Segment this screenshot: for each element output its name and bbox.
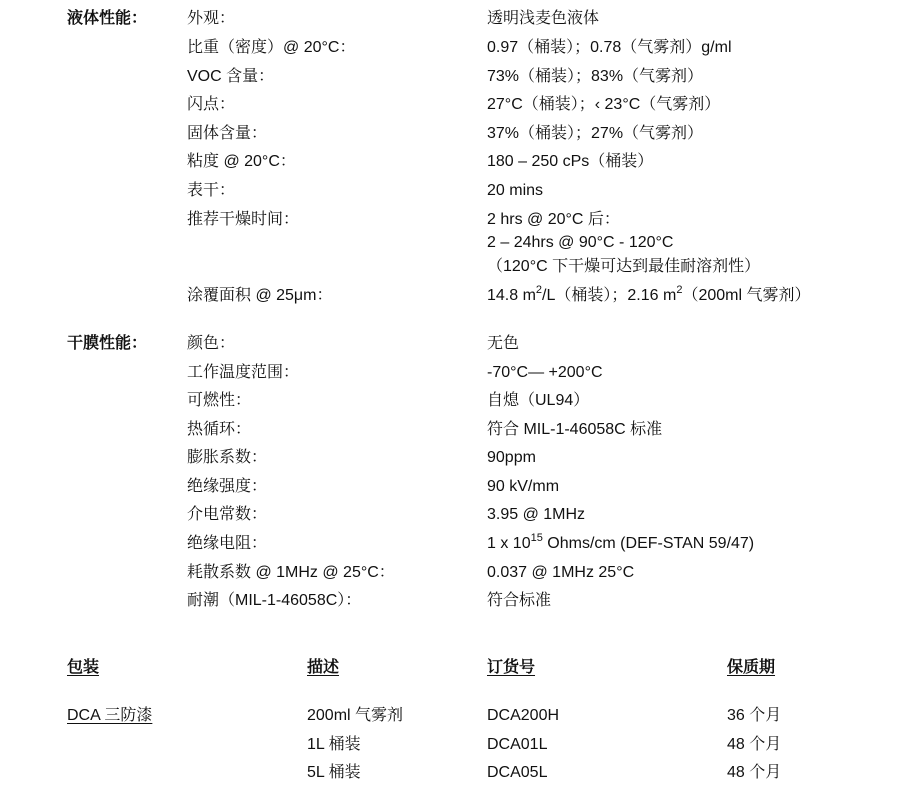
packaging-row-3-order-number: DCA05L [487, 763, 547, 783]
property-value-voc-content: 73%（桶装）；83%（气雾剂） [487, 67, 703, 87]
insulation-part-a: 1 x 10 [487, 535, 531, 552]
packaging-row-2-order-number: DCA01L [487, 735, 547, 755]
property-label-insulation-resistance: 绝缘电阻： [187, 534, 267, 554]
property-value-flammability: 自熄（UL94） [487, 391, 589, 411]
property-label-coverage: 涂覆面积 @ 25μm： [187, 286, 332, 306]
property-value-flash-point: 27°C（桶装）；‹ 23°C（气雾剂） [487, 95, 720, 115]
coverage-superscript-b: 2 [676, 284, 682, 296]
property-value-coverage: 14.8 m2/L（桶装）；2.16 m2（200ml 气雾剂） [487, 286, 810, 306]
insulation-part-b: Ohms/cm (DEF-STAN 59/47) [543, 535, 754, 552]
property-value-drying-time-line-1: 2 hrs @ 20°C 后： [487, 210, 620, 230]
coverage-part-a: 14.8 m [487, 287, 536, 304]
property-label-expansion-coefficient: 膨胀系数： [187, 448, 267, 468]
coverage-superscript-a: 2 [536, 284, 542, 296]
property-label-touch-dry: 表干： [187, 181, 235, 201]
property-label-dissipation-factor: 耗散系数 @ 1MHz @ 25°C： [187, 563, 395, 583]
property-value-dielectric-strength: 90 kV/mm [487, 477, 559, 497]
property-value-dissipation-factor: 0.037 @ 1MHz 25°C [487, 563, 634, 583]
property-value-expansion-coefficient: 90ppm [487, 448, 536, 468]
packaging-product-name: DCA 三防漆 [67, 706, 152, 726]
property-label-temperature-range: 工作温度范围： [187, 363, 299, 383]
section-label-dry-film-properties: 干膜性能： [67, 334, 147, 354]
property-label-specific-gravity: 比重（密度）@ 20°C： [187, 38, 355, 58]
property-label-recommended-drying-time: 推荐干燥时间： [187, 210, 299, 230]
property-label-colour: 颜色： [187, 334, 235, 354]
property-label-thermal-cycling: 热循环： [187, 420, 251, 440]
property-label-flash-point: 闪点： [187, 95, 235, 115]
coverage-part-b: /L（桶装）；2.16 m [542, 287, 676, 304]
property-label-moisture-resistance: 耐潮（MIL-1-46058C）： [187, 591, 361, 611]
property-value-drying-time-line-3: （120°C 下干燥可达到最佳耐溶剂性） [487, 257, 760, 277]
property-value-moisture-resistance: 符合标准 [487, 591, 551, 611]
property-value-thermal-cycling: 符合 MIL-1-46058C 标准 [487, 420, 662, 440]
section-label-liquid-properties: 液体性能： [67, 9, 147, 29]
property-value-drying-time-line-2: 2 – 24hrs @ 90°C - 120°C [487, 233, 673, 253]
packaging-row-3-description: 5L 桶装 [307, 763, 361, 783]
property-value-appearance: 透明浅麦色液体 [487, 9, 599, 29]
packaging-header-shelf-life: 保质期 [727, 658, 775, 678]
packaging-row-1-description: 200ml 气雾剂 [307, 706, 403, 726]
property-value-touch-dry: 20 mins [487, 181, 543, 201]
property-value-dielectric-constant: 3.95 @ 1MHz [487, 505, 585, 525]
packaging-header-package: 包装 [67, 658, 99, 678]
property-label-viscosity: 粘度 @ 20°C： [187, 152, 296, 172]
property-value-specific-gravity: 0.97（桶装）；0.78（气雾剂）g/ml [487, 38, 732, 58]
property-label-solids-content: 固体含量： [187, 124, 267, 144]
property-value-solids-content: 37%（桶装）；27%（气雾剂） [487, 124, 703, 144]
packaging-header-description: 描述 [307, 658, 339, 678]
packaging-row-1-shelf-life: 36 个月 [727, 706, 781, 726]
packaging-row-2-shelf-life: 48 个月 [727, 735, 781, 755]
property-value-temperature-range: -70°C— +200°C [487, 363, 603, 383]
property-value-colour: 无色 [487, 334, 519, 354]
packaging-header-order-number: 订货号 [487, 658, 535, 678]
property-label-dielectric-strength: 绝缘强度： [187, 477, 267, 497]
coverage-part-c: （200ml 气雾剂） [682, 287, 810, 304]
property-label-flammability: 可燃性： [187, 391, 251, 411]
property-label-appearance: 外观： [187, 9, 235, 29]
property-label-voc-content: VOC 含量： [187, 67, 274, 87]
property-value-viscosity: 180 – 250 cPs（桶装） [487, 152, 653, 172]
property-label-dielectric-constant: 介电常数： [187, 505, 267, 525]
packaging-row-3-shelf-life: 48 个月 [727, 763, 781, 783]
packaging-row-1-order-number: DCA200H [487, 706, 559, 726]
insulation-exponent: 15 [531, 532, 543, 544]
property-value-insulation-resistance: 1 x 1015 Ohms/cm (DEF-STAN 59/47) [487, 534, 754, 554]
packaging-row-2-description: 1L 桶装 [307, 735, 361, 755]
